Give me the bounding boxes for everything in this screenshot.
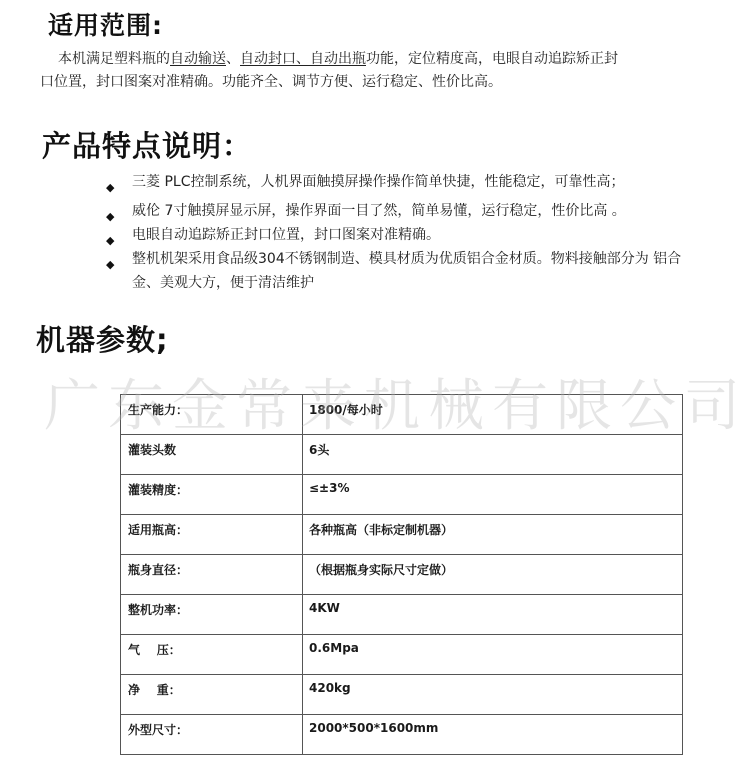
param-label: 瓶身直径： <box>121 555 303 595</box>
feature-item: ◆ 威伦 7寸触摸屏显示屏，操作界面一目了然，简单易懂，运行稳定，性价比高 。 <box>104 199 684 223</box>
feature-item: ◆ 电眼自动追踪矫正封口位置，封口图案对准精确。 <box>104 223 684 247</box>
feature-text: 电眼自动追踪矫正封口位置，封口图案对准精确。 <box>132 227 440 243</box>
scope-separator: 、 <box>226 51 240 67</box>
table-row: 气 压： 0.6Mpa <box>121 635 683 675</box>
scope-text-line2: 口位置，封口图案对准精确。功能齐全、调节方便、运行稳定、性价比高。 <box>40 74 502 90</box>
table-row: 灌装头数 6头 <box>121 435 683 475</box>
feature-text: 整机机架采用食品级304不锈钢制造、模具材质为优质铝合金材质。物料接触部分为 铝… <box>132 251 681 291</box>
table-row: 净 重： 420kg <box>121 675 683 715</box>
table-row: 适用瓶高： 各种瓶高（非标定制机器） <box>121 515 683 555</box>
param-label: 灌装精度： <box>121 475 303 515</box>
features-list: ◆ 三菱 PLC控制系统，人机界面触摸屏操作操作简单快捷，性能稳定，可靠性高； … <box>104 170 684 295</box>
param-value: （根据瓶身实际尺寸定做） <box>303 555 683 595</box>
table-row: 生产能力： 1800/每小时 <box>121 395 683 435</box>
param-label: 外型尺寸： <box>121 715 303 755</box>
param-value: 420kg <box>303 675 683 715</box>
param-label: 生产能力： <box>121 395 303 435</box>
param-value: 各种瓶高（非标定制机器） <box>303 515 683 555</box>
feature-text: 三菱 PLC控制系统，人机界面触摸屏操作操作简单快捷，性能稳定，可靠性高； <box>132 174 624 190</box>
table-row: 瓶身直径： （根据瓶身实际尺寸定做） <box>121 555 683 595</box>
param-value: 6头 <box>303 435 683 475</box>
scope-underlined-auto-sealing: 自动封口、自动出瓶 <box>240 51 366 67</box>
param-label: 灌装头数 <box>121 435 303 475</box>
feature-item: ◆ 整机机架采用食品级304不锈钢制造、模具材质为优质铝合金材质。物料接触部分为… <box>104 247 684 295</box>
param-value: 2000*500*1600mm <box>303 715 683 755</box>
scope-text-prefix: 本机满足塑料瓶的 <box>58 51 170 67</box>
scope-text-rest: 功能，定位精度高，电眼自动追踪矫正封 <box>366 51 618 67</box>
param-label: 净 重： <box>121 675 303 715</box>
section-title-scope: 适用范围: <box>48 6 163 42</box>
table-row: 外型尺寸： 2000*500*1600mm <box>121 715 683 755</box>
param-value: 4KW <box>303 595 683 635</box>
feature-item: ◆ 三菱 PLC控制系统，人机界面触摸屏操作操作简单快捷，性能稳定，可靠性高； <box>104 170 684 194</box>
param-value: ≤±3% <box>303 475 683 515</box>
section-title-params: 机器参数; <box>36 318 169 359</box>
scope-underlined-auto-conveying: 自动输送 <box>170 51 226 67</box>
param-label: 整机功率： <box>121 595 303 635</box>
param-value: 1800/每小时 <box>303 395 683 435</box>
table-row: 灌装精度： ≤±3% <box>121 475 683 515</box>
diamond-bullet-icon: ◆ <box>106 176 114 200</box>
param-label: 适用瓶高： <box>121 515 303 555</box>
diamond-bullet-icon: ◆ <box>106 253 114 277</box>
params-table: 生产能力： 1800/每小时 灌装头数 6头 灌装精度： ≤±3% 适用瓶高： … <box>120 394 683 755</box>
scope-paragraph: 本机满足塑料瓶的自动输送、自动封口、自动出瓶功能，定位精度高，电眼自动追踪矫正封… <box>40 48 690 94</box>
param-value: 0.6Mpa <box>303 635 683 675</box>
param-label: 气 压： <box>121 635 303 675</box>
section-title-features: 产品特点说明： <box>42 124 252 165</box>
feature-text: 威伦 7寸触摸屏显示屏，操作界面一目了然，简单易懂，运行稳定，性价比高 。 <box>132 203 626 219</box>
table-row: 整机功率： 4KW <box>121 595 683 635</box>
